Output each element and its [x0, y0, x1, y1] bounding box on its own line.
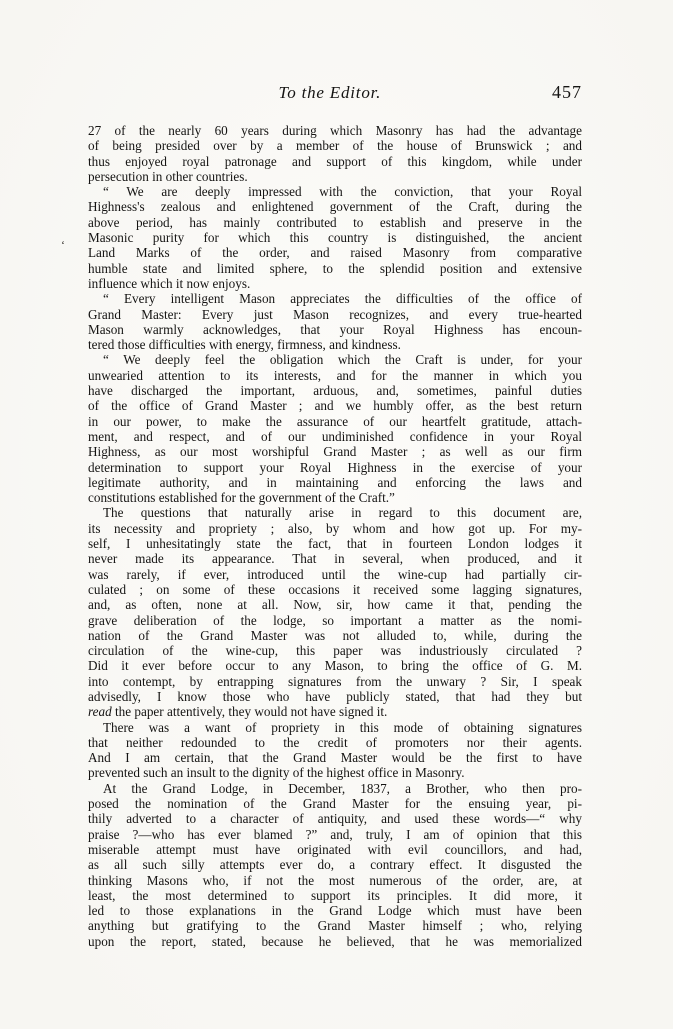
- page-header: To the Editor. 457: [88, 83, 582, 103]
- text-line: posed the nomination of the Grand Master…: [88, 796, 582, 811]
- text-line: “ We deeply feel the obligation which th…: [88, 352, 582, 367]
- text-line: that neither redounded to the credit of …: [88, 735, 582, 750]
- text-line: thily adverted to a character of antiqui…: [88, 811, 582, 826]
- margin-mark: ‘: [61, 238, 65, 253]
- text-line: above period, has mainly contributed to …: [88, 215, 582, 230]
- paragraph: The questions that naturally arise in re…: [88, 505, 582, 719]
- text-line: of being presided over by a member of th…: [88, 138, 582, 153]
- text-line: advisedly, I know those who have publicl…: [88, 689, 582, 704]
- text-line: anything but gratifying to the Grand Mas…: [88, 918, 582, 933]
- text-line: unwearied attention to its interests, an…: [88, 368, 582, 383]
- text-line: prevented such an insult to the dignity …: [88, 765, 582, 780]
- text-line: At the Grand Lodge, in December, 1837, a…: [88, 781, 582, 796]
- text-line: Grand Master: Every just Mason recognize…: [88, 307, 582, 322]
- text-block: To the Editor. 457 27 of the nearly 60 y…: [88, 83, 582, 949]
- text-line: was rarely, if ever, introduced until th…: [88, 567, 582, 582]
- text-line: led to those explanations in the Grand L…: [88, 903, 582, 918]
- text-line: miserable attempt must have originated w…: [88, 842, 582, 857]
- text-line: “ We are deeply impressed with the convi…: [88, 184, 582, 199]
- text-line: culated ; on some of these occasions it …: [88, 582, 582, 597]
- text-line: persecution in other countries.: [88, 169, 582, 184]
- text-line: Mason warmly acknowledges, that your Roy…: [88, 322, 582, 337]
- text-line: and, as often, none at all. Now, sir, ho…: [88, 597, 582, 612]
- text-line: thus enjoyed royal patronage and support…: [88, 154, 582, 169]
- text-line: as all such silly attempts ever do, a co…: [88, 857, 582, 872]
- paragraph: “ We deeply feel the obligation which th…: [88, 352, 582, 505]
- text-line: 27 of the nearly 60 years during which M…: [88, 123, 582, 138]
- text-line: There was a want of propriety in this mo…: [88, 720, 582, 735]
- text-line: Did it ever before occur to any Mason, t…: [88, 658, 582, 673]
- text-line: circulation of the wine-cup, this paper …: [88, 643, 582, 658]
- paragraph: 27 of the nearly 60 years during which M…: [88, 123, 582, 184]
- text-line: Masonic purity for which this country is…: [88, 230, 582, 245]
- text-line: have discharged the important, arduous, …: [88, 383, 582, 398]
- text-line: determination to support your Royal High…: [88, 460, 582, 475]
- paragraph: There was a want of propriety in this mo…: [88, 720, 582, 781]
- text-line: least, the most determined to support it…: [88, 888, 582, 903]
- text-line: never made its appearance. That in sever…: [88, 551, 582, 566]
- document-page: ‘ To the Editor. 457 27 of the nearly 60…: [0, 0, 673, 1029]
- text-line: constitutions established for the govern…: [88, 490, 582, 505]
- text-line: “ Every intelligent Mason appreciates th…: [88, 291, 582, 306]
- text-line: in our power, to make the assurance of o…: [88, 414, 582, 429]
- text-line: And I am certain, that the Grand Master …: [88, 750, 582, 765]
- page-text: 27 of the nearly 60 years during which M…: [88, 123, 582, 949]
- paragraph: “ Every intelligent Mason appreciates th…: [88, 291, 582, 352]
- text-line: self, I unhesitatingly state the fact, t…: [88, 536, 582, 551]
- text-line: Highness's zealous and enlightened gover…: [88, 199, 582, 214]
- text-line: into contempt, by entrapping signatures …: [88, 674, 582, 689]
- text-line: its necessity and propriety ; also, by w…: [88, 521, 582, 536]
- text-line: Highness, as our most worshipful Grand M…: [88, 444, 582, 459]
- text-line: grave deliberation of the lodge, so impo…: [88, 613, 582, 628]
- paragraph: “ We are deeply impressed with the convi…: [88, 184, 582, 291]
- text-line: praise ?—who has ever blamed ?” and, tru…: [88, 827, 582, 842]
- text-line: read the paper attentively, they would n…: [88, 704, 582, 719]
- page-number: 457: [552, 82, 582, 103]
- text-line: thinking Masons who, if not the most num…: [88, 873, 582, 888]
- text-line: The questions that naturally arise in re…: [88, 505, 582, 520]
- text-line: legitimate authority, and in maintaining…: [88, 475, 582, 490]
- text-line: Land Marks of the order, and raised Maso…: [88, 245, 582, 260]
- running-title: To the Editor.: [279, 83, 382, 103]
- text-line: humble state and limited sphere, to the …: [88, 261, 582, 276]
- text-line: tered those difficulties with energy, fi…: [88, 337, 582, 352]
- text-line: nation of the Grand Master was not allud…: [88, 628, 582, 643]
- paragraph: At the Grand Lodge, in December, 1837, a…: [88, 781, 582, 949]
- text-line: upon the report, stated, because he beli…: [88, 934, 582, 949]
- text-line: influence which it now enjoys.: [88, 276, 582, 291]
- text-line: of the office of Grand Master ; and we h…: [88, 398, 582, 413]
- text-line: ment, and respect, and of our undiminish…: [88, 429, 582, 444]
